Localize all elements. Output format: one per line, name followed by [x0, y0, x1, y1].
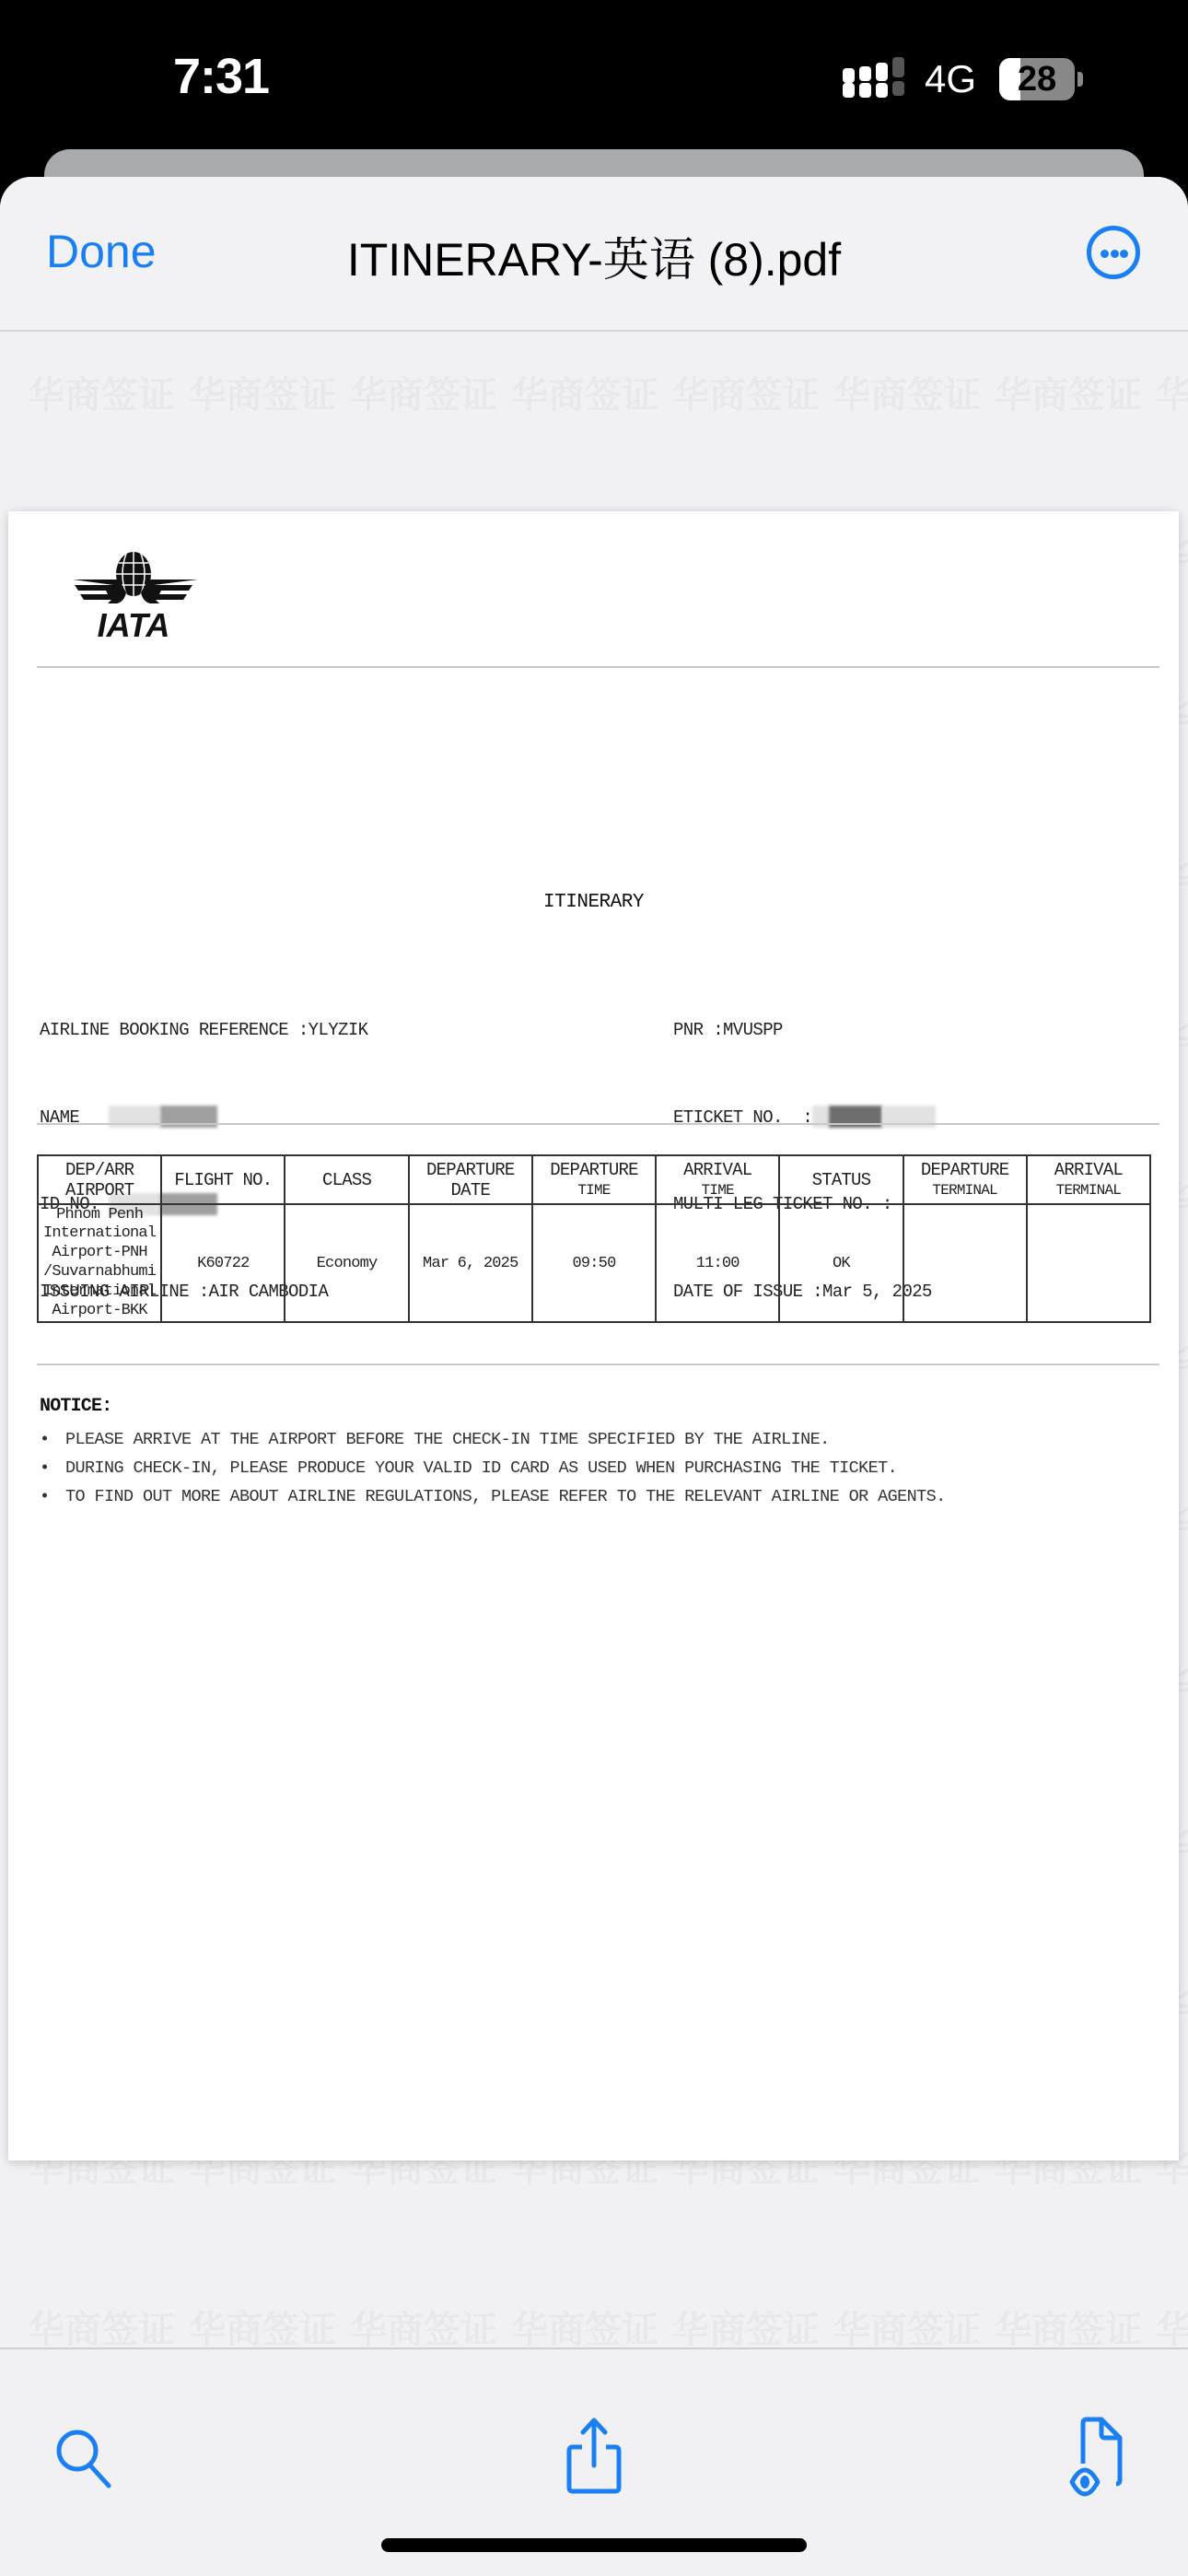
cell-arrival-time: 11:00: [656, 1204, 779, 1322]
watermark-text: 华商签证: [833, 2301, 981, 2353]
table-header-cell: STATUS: [779, 1155, 903, 1204]
table-header-cell: DEPARTUREDATE: [409, 1155, 532, 1204]
header-label: DEPARTURE: [410, 1160, 531, 1180]
table-header-cell: ARRIVALTIME: [656, 1155, 779, 1204]
watermark-text: 华商签证: [189, 366, 336, 418]
watermark-text: 华商签证: [511, 2301, 658, 2353]
cell-flight-no: K60722: [161, 1204, 285, 1322]
status-time: 7:31: [173, 48, 269, 105]
header-label: DEPARTURE: [533, 1160, 655, 1180]
header-sublabel: TIME: [657, 1180, 778, 1200]
header-label: ARRIVAL: [1028, 1160, 1149, 1180]
header-label: FLIGHT NO.: [162, 1170, 284, 1190]
status-bar: 7:31 4G 28: [0, 0, 1188, 147]
watermark-text: 华商签证: [995, 366, 1142, 418]
pdf-page: IATA ITINERARY AIRLINE BOOKING REFERENCE…: [8, 511, 1179, 2160]
watermark-text: 华商签证: [672, 2301, 820, 2353]
share-icon[interactable]: [564, 2416, 624, 2495]
watermark-text: 华商签证: [995, 2301, 1142, 2353]
header-label: DEPARTURE: [904, 1160, 1026, 1180]
header-sublabel: AIRPORT: [39, 1180, 160, 1200]
notice-item: TO FIND OUT MORE ABOUT AIRLINE REGULATIO…: [40, 1482, 946, 1511]
watermark-text: 华商签证: [1156, 366, 1188, 418]
table-header-cell: CLASS: [285, 1155, 408, 1204]
battery-percent: 28: [999, 60, 1075, 100]
header-sublabel: TERMINAL: [904, 1180, 1026, 1200]
document-title: ITINERARY-英语 (8).pdf: [0, 223, 1188, 289]
header-label: DEP/ARR: [39, 1160, 160, 1180]
notice-list: PLEASE ARRIVE AT THE AIRPORT BEFORE THE …: [40, 1425, 946, 1511]
watermark-text: 华商签证: [28, 366, 175, 418]
eticket-row: ETICKET NO. :: [673, 1104, 936, 1133]
notice-title: NOTICE:: [40, 1396, 111, 1417]
passenger-name-row: NAME: [40, 1104, 367, 1133]
battery-cap: [1077, 72, 1083, 87]
watermark-text: 华商签证: [350, 2301, 497, 2353]
itinerary-heading: ITINERARY: [8, 892, 1179, 913]
notice-item: DURING CHECK-IN, PLEASE PRODUCE YOUR VAL…: [40, 1454, 946, 1482]
navigation-bar: Done ITINERARY-英语 (8).pdf: [0, 177, 1188, 332]
cell-class: Economy: [285, 1204, 408, 1322]
cell-departure-date: Mar 6, 2025: [409, 1204, 532, 1322]
iata-logo-icon: IATA: [71, 548, 200, 640]
svg-text:IATA: IATA: [98, 606, 170, 640]
document-preview-icon[interactable]: [1066, 2416, 1136, 2504]
booking-reference: AIRLINE BOOKING REFERENCE :YLYZIK: [40, 1016, 367, 1046]
watermark-text: 华商签证: [350, 366, 497, 418]
cell-airport: Phnom Penh International Airport-PNH /Su…: [38, 1204, 161, 1322]
header-sublabel: TERMINAL: [1028, 1180, 1149, 1200]
cell-arrival-terminal: [1027, 1204, 1150, 1322]
watermark-text: 华商签证: [28, 2301, 175, 2353]
watermark-text: 华商签证: [189, 2301, 336, 2353]
header-label: ARRIVAL: [657, 1160, 778, 1180]
pdf-viewer-sheet: 华商签证华商签证华商签证华商签证华商签证华商签证华商签证华商签证华商签证华商签证…: [0, 177, 1188, 2576]
cellular-signal-icon: [843, 61, 905, 101]
table-header-cell: ARRIVALTERMINAL: [1027, 1155, 1150, 1204]
table-header-cell: DEP/ARRAIRPORT: [38, 1155, 161, 1204]
table-header-cell: FLIGHT NO.: [161, 1155, 285, 1204]
network-type: 4G: [925, 57, 976, 101]
table-header-row: DEP/ARRAIRPORTFLIGHT NO.CLASSDEPARTUREDA…: [38, 1155, 1150, 1204]
watermark-text: 华商签证: [1156, 2301, 1188, 2353]
header-sublabel: TIME: [533, 1180, 655, 1200]
cell-departure-terminal: [903, 1204, 1027, 1322]
notice-item: PLEASE ARRIVE AT THE AIRPORT BEFORE THE …: [40, 1425, 946, 1454]
watermark-text: 华商签证: [833, 366, 981, 418]
battery-icon: 28: [999, 58, 1075, 100]
search-icon[interactable]: [52, 2425, 116, 2489]
watermark-text: 华商签证: [672, 366, 820, 418]
flight-table: DEP/ARRAIRPORTFLIGHT NO.CLASSDEPARTUREDA…: [37, 1154, 1151, 1323]
watermark-text: 华商签证: [511, 366, 658, 418]
divider: [37, 1364, 1159, 1365]
cell-status: OK: [779, 1204, 903, 1322]
pnr: PNR :MVUSPP: [673, 1016, 936, 1046]
table-row: Phnom Penh International Airport-PNH /Su…: [38, 1204, 1150, 1322]
header-label: STATUS: [780, 1170, 902, 1190]
header-sublabel: DATE: [410, 1180, 531, 1200]
cell-departure-time: 09:50: [532, 1204, 656, 1322]
home-indicator[interactable]: [381, 2538, 807, 2552]
header-label: CLASS: [285, 1170, 407, 1190]
divider: [37, 666, 1159, 668]
more-options-icon[interactable]: [1087, 226, 1140, 279]
table-header-cell: DEPARTURETIME: [532, 1155, 656, 1204]
table-header-cell: DEPARTURETERMINAL: [903, 1155, 1027, 1204]
divider: [37, 1123, 1159, 1125]
